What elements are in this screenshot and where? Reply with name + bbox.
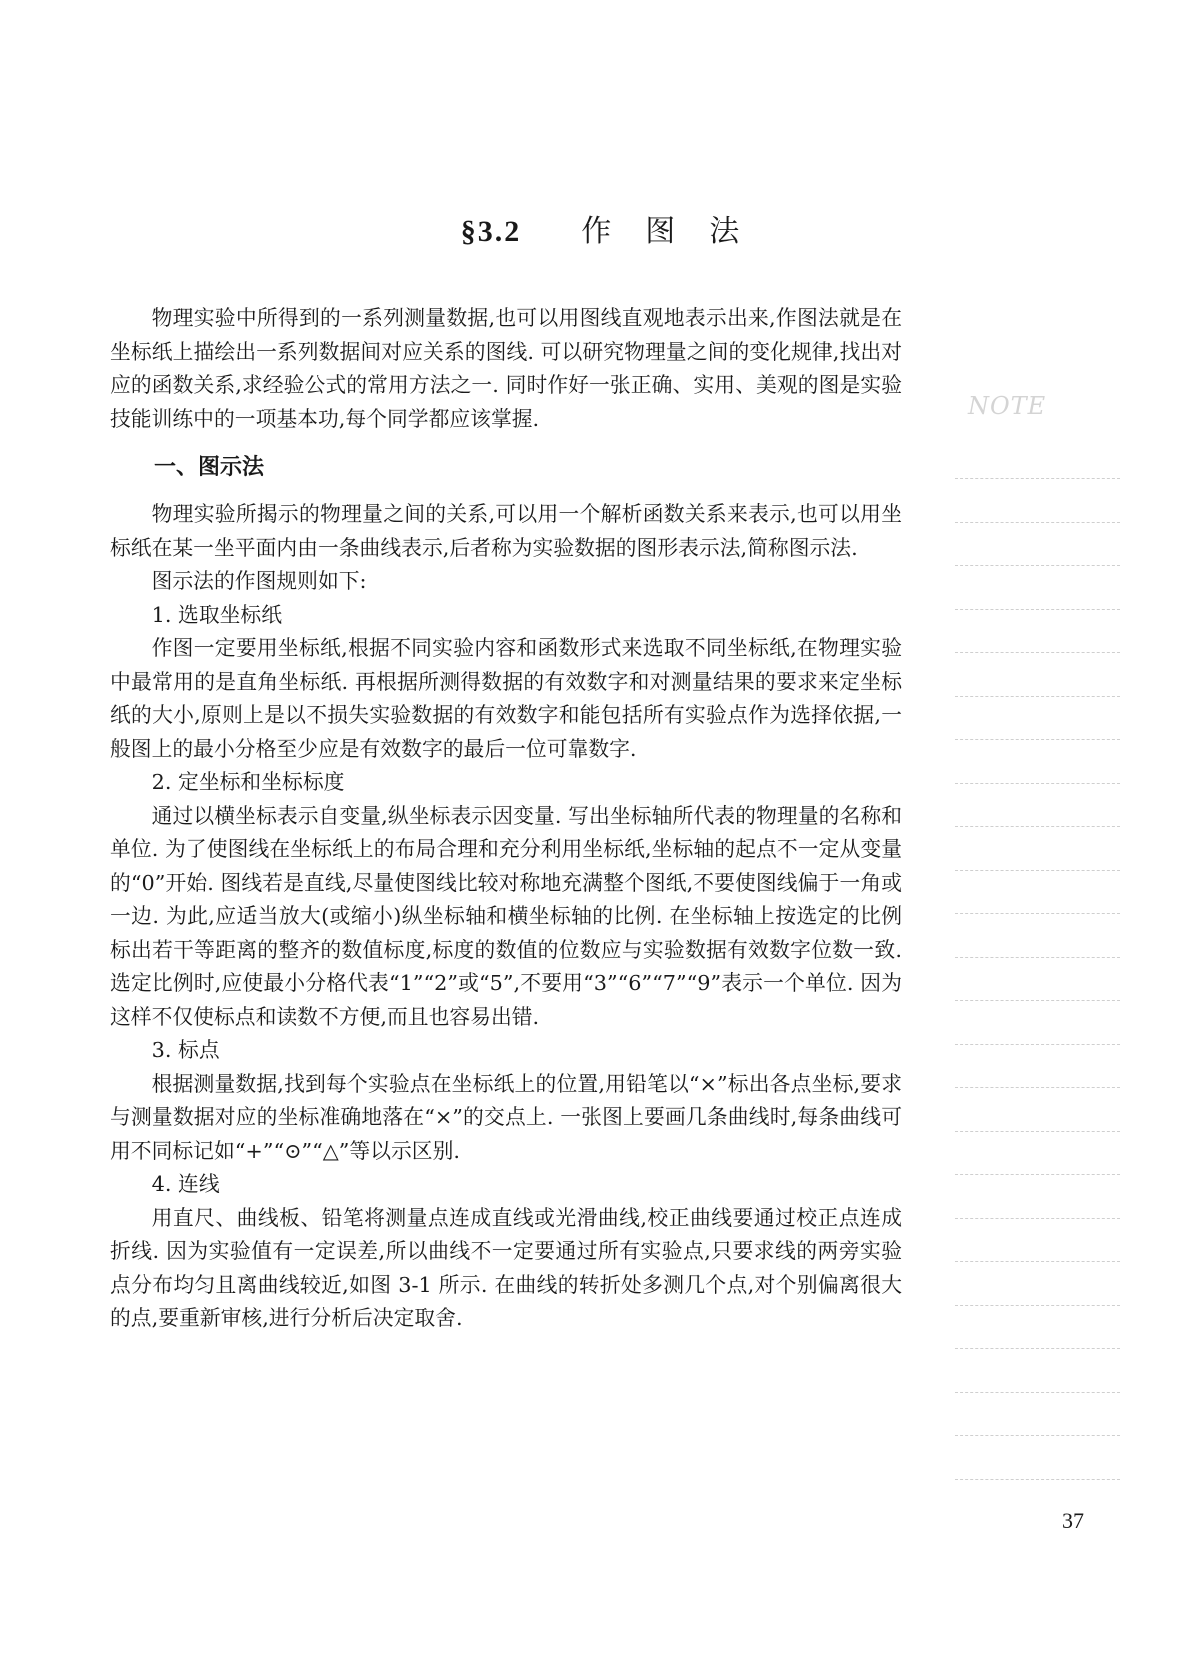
note-rule-line xyxy=(955,1000,1120,1001)
page-number: 37 xyxy=(1062,1508,1084,1534)
note-rule-line xyxy=(955,1218,1120,1219)
note-rule-line xyxy=(955,870,1120,871)
rule-heading-2: 2. 定坐标和坐标标度 xyxy=(110,766,902,800)
note-rule-line xyxy=(955,522,1120,523)
note-rule-line xyxy=(955,565,1120,566)
note-rule-line xyxy=(955,1174,1120,1175)
note-rule-line xyxy=(955,1044,1120,1045)
rule-text-2: 通过以横坐标表示自变量,纵坐标表示因变量. 写出坐标轴所代表的物理量的名称和单位… xyxy=(110,800,902,1035)
subsection-intro-paragraph: 物理实验所揭示的物理量之间的关系,可以用一个解析函数关系来表示,也可以用坐标纸在… xyxy=(110,498,902,565)
note-rule-line xyxy=(955,739,1120,740)
rule-heading-3: 3. 标点 xyxy=(110,1034,902,1068)
note-rule-line xyxy=(955,1087,1120,1088)
rule-text-3: 根据测量数据,找到每个实验点在坐标纸上的位置,用铅笔以“×”标出各点坐标,要求与… xyxy=(110,1068,902,1169)
subsection-heading: 一、图示法 xyxy=(110,450,902,486)
note-rule-line xyxy=(955,913,1120,914)
section-number: §3.2 xyxy=(461,215,522,248)
rule-text-1: 作图一定要用坐标纸,根据不同实验内容和函数形式来选取不同坐标纸,在物理实验中最常… xyxy=(110,632,902,766)
note-rule-line xyxy=(955,1131,1120,1132)
intro-paragraph: 物理实验中所得到的一系列测量数据,也可以用图线直观地表示出来,作图法就是在坐标纸… xyxy=(110,302,902,436)
note-rule-line xyxy=(955,696,1120,697)
note-rule-line xyxy=(955,826,1120,827)
note-rule-line xyxy=(955,1305,1120,1306)
rule-heading-1: 1. 选取坐标纸 xyxy=(110,599,902,633)
rule-text-4: 用直尺、曲线板、铅笔将测量点连成直线或光滑曲线,校正曲线要通过校正点连成折线. … xyxy=(110,1202,902,1336)
note-rule-line xyxy=(955,1479,1120,1480)
note-rule-line xyxy=(955,478,1120,479)
note-margin-rules xyxy=(955,478,1120,1522)
body-text: 物理实验中所得到的一系列测量数据,也可以用图线直观地表示出来,作图法就是在坐标纸… xyxy=(110,302,902,1336)
note-rule-line xyxy=(955,652,1120,653)
note-rule-line xyxy=(955,783,1120,784)
rules-lead: 图示法的作图规则如下: xyxy=(110,565,902,599)
note-rule-line xyxy=(955,1261,1120,1262)
section-title-text: 作 图 法 xyxy=(581,214,741,249)
rule-heading-4: 4. 连线 xyxy=(110,1168,902,1202)
note-rule-line xyxy=(955,1435,1120,1436)
note-rule-line xyxy=(955,609,1120,610)
section-title: §3.2作 图 法 xyxy=(0,206,1202,250)
note-rule-line xyxy=(955,1392,1120,1393)
note-rule-line xyxy=(955,957,1120,958)
note-rule-line xyxy=(955,1348,1120,1349)
note-margin-label: NOTE xyxy=(968,392,1046,420)
